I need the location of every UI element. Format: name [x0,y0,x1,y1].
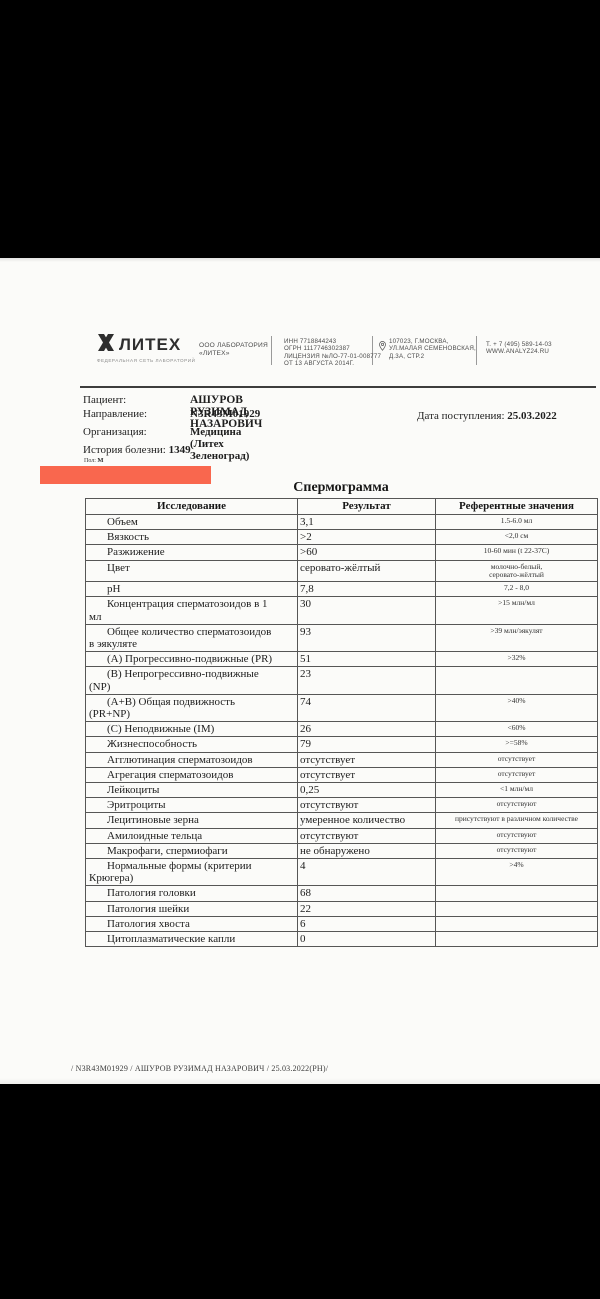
reference-cell: >40% [436,694,598,721]
result-cell: 22 [298,901,436,916]
result-cell: 51 [298,652,436,667]
result-cell: 0,25 [298,783,436,798]
spermogram-results-table: Исследование Результат Референтные значе… [85,498,598,947]
table-row: Цветсеровато-жёлтыймолочно-белый, серова… [86,560,598,582]
reference-cell: >4% [436,859,598,886]
document-footer-line: / N3R43M01929 / АШУРОВ РУЗИМАД НАЗАРОВИЧ… [71,1064,328,1073]
table-row: Макрофаги, спермиофагине обнаруженоотсут… [86,843,598,858]
table-row: Концентрация сперматозоидов в 1 мл30>15 … [86,597,598,624]
report-title: Спермограмма [85,480,597,496]
result-cell: умеренное количество [298,813,436,828]
reference-cell: отсутствует [436,752,598,767]
test-name-cell: (В) Непрогрессивно-подвижные (NP) [86,667,298,694]
organization-label: Организация: [83,426,147,438]
lab-registration-info: ИНН 7718844243 ОГРН 1117746302387 ЛИЦЕНЗ… [284,338,381,368]
letterhead-separator-line [80,386,596,388]
table-row: Нормальные формы (критерии Крюгера)4>4% [86,859,598,886]
reference-cell: >=58% [436,737,598,752]
organization-value: Медицина (Литех Зеленоград) [190,426,249,462]
location-pin-icon [379,338,386,356]
referral-label: Направление: [83,408,147,420]
test-name-cell: Цитоплазматические капли [86,932,298,947]
result-cell: не обнаружено [298,843,436,858]
table-row: Цитоплазматические капли0 [86,932,598,947]
referral-number-value: N3R43M01929 [190,408,260,420]
test-name-cell: Патология хвоста [86,916,298,931]
reference-cell: молочно-белый, серовато-жёлтый [436,560,598,582]
table-row: Общее количество сперматозоидов в эякуля… [86,624,598,651]
table-row: Агглютинация сперматозоидовотсутствуетот… [86,752,598,767]
result-cell: 23 [298,667,436,694]
table-row: Разжижение>6010-60 мин (t 22-37C) [86,545,598,560]
patient-label: Пациент: [83,394,126,406]
table-row: Лецитиновые зернаумеренное количествопри… [86,813,598,828]
reference-cell: 10-60 мин (t 22-37C) [436,545,598,560]
test-name-cell: Макрофаги, спермиофаги [86,843,298,858]
result-cell: 3,1 [298,515,436,530]
table-row: Патология хвоста6 [86,916,598,931]
test-name-cell: (С) Неподвижные (IM) [86,722,298,737]
reference-cell: присутствуют в различном количестве [436,813,598,828]
result-cell: отсутствуют [298,828,436,843]
test-name-cell: Агглютинация сперматозоидов [86,752,298,767]
reference-cell: >39 млн/эякулят [436,624,598,651]
lab-name: ЛИТЕХ [119,335,181,355]
result-cell: 26 [298,722,436,737]
litech-logo-mark-icon [97,334,115,356]
reference-cell: отсутствуют [436,798,598,813]
reference-cell: <2,0 см [436,530,598,545]
lab-tagline: ФЕДЕРАЛЬНАЯ СЕТЬ ЛАБОРАТОРИЙ [97,358,195,363]
reference-cell [436,901,598,916]
test-name-cell: Патология головки [86,886,298,901]
result-cell: 30 [298,597,436,624]
table-row: Агрегация сперматозоидовотсутствуетотсут… [86,767,598,782]
result-cell: серовато-жёлтый [298,560,436,582]
test-name-cell: Жизнеспособность [86,737,298,752]
result-cell: 7,8 [298,582,436,597]
reference-cell [436,916,598,931]
reference-cell: 7,2 - 8,0 [436,582,598,597]
reference-cell: отсутствует [436,767,598,782]
image-viewer-backdrop: ЛИТЕХ ФЕДЕРАЛЬНАЯ СЕТЬ ЛАБОРАТОРИЙ ООО Л… [0,0,600,1299]
table-row: (А+В) Общая подвижность (PR+NP)74>40% [86,694,598,721]
result-cell: 93 [298,624,436,651]
reference-cell: <1 млн/мл [436,783,598,798]
test-name-cell: Разжижение [86,545,298,560]
column-header-reference: Референтные значения [436,499,598,515]
scanned-report-page: ЛИТЕХ ФЕДЕРАЛЬНАЯ СЕТЬ ЛАБОРАТОРИЙ ООО Л… [0,258,600,1084]
test-name-cell: Общее количество сперматозоидов в эякуля… [86,624,298,651]
lab-company-name: ООО ЛАБОРАТОРИЯ «ЛИТЕХ» [199,342,268,358]
result-cell: 79 [298,737,436,752]
reference-cell [436,886,598,901]
lab-contacts: Т. + 7 (495) 589-14-03 WWW.ANALYZ24.RU [486,341,552,356]
result-cell: 6 [298,916,436,931]
case-history-value: 1349 [169,444,191,456]
result-cell: >2 [298,530,436,545]
table-row: Патология головки68 [86,886,598,901]
table-header-row: Исследование Результат Референтные значе… [86,499,598,515]
test-name-cell: Эритроциты [86,798,298,813]
case-history-label: История болезни: [83,444,169,456]
reference-cell [436,932,598,947]
table-row: Лейкоциты0,25<1 млн/мл [86,783,598,798]
reference-cell: 1.5-6.0 мл [436,515,598,530]
sex-field: Пол: М [84,457,104,464]
test-name-cell: Лейкоциты [86,783,298,798]
table-row: Патология шейки22 [86,901,598,916]
column-header-result: Результат [298,499,436,515]
result-cell: 68 [298,886,436,901]
test-name-cell: Амилоидные тельца [86,828,298,843]
result-cell: 0 [298,932,436,947]
table-row: (В) Непрогрессивно-подвижные (NP)23 [86,667,598,694]
test-name-cell: pH [86,582,298,597]
lab-logo: ЛИТЕХ ФЕДЕРАЛЬНАЯ СЕТЬ ЛАБОРАТОРИЙ [97,334,195,363]
result-cell: отсутствуют [298,798,436,813]
admission-date: Дата поступления: 25.03.2022 [417,410,557,422]
sex-value: М [97,457,103,464]
table-row: Объем3,11.5-6.0 мл [86,515,598,530]
sex-label: Пол: [84,458,97,464]
table-row: (С) Неподвижные (IM)26<60% [86,722,598,737]
test-name-cell: Агрегация сперматозоидов [86,767,298,782]
table-row: Вязкость>2<2,0 см [86,530,598,545]
report-table-body: Объем3,11.5-6.0 млВязкость>2<2,0 смРазжи… [86,515,598,947]
test-name-cell: Объем [86,515,298,530]
case-history: История болезни: 1349 [83,444,191,456]
test-name-cell: Лецитиновые зерна [86,813,298,828]
test-name-cell: Цвет [86,560,298,582]
result-cell: >60 [298,545,436,560]
reference-cell: >32% [436,652,598,667]
admission-date-value: 25.03.2022 [507,410,557,422]
result-cell: 4 [298,859,436,886]
reference-cell: >15 млн/мл [436,597,598,624]
reference-cell: отсутствуют [436,828,598,843]
test-name-cell: (А) Прогрессивно-подвижные (PR) [86,652,298,667]
result-cell: отсутствует [298,767,436,782]
reference-cell: <60% [436,722,598,737]
header-divider [271,336,272,365]
result-cell: отсутствует [298,752,436,767]
table-row: Жизнеспособность79>=58% [86,737,598,752]
table-row: Амилоидные тельцаотсутствуютотсутствуют [86,828,598,843]
column-header-test: Исследование [86,499,298,515]
test-name-cell: (А+В) Общая подвижность (PR+NP) [86,694,298,721]
table-row: Эритроцитыотсутствуютотсутствуют [86,798,598,813]
header-divider [476,336,477,365]
admission-date-label: Дата поступления: [417,410,507,422]
table-row: pH7,87,2 - 8,0 [86,582,598,597]
reference-cell [436,667,598,694]
result-cell: 74 [298,694,436,721]
test-name-cell: Патология шейки [86,901,298,916]
table-row: (А) Прогрессивно-подвижные (PR)51>32% [86,652,598,667]
test-name-cell: Концентрация сперматозоидов в 1 мл [86,597,298,624]
test-name-cell: Вязкость [86,530,298,545]
reference-cell: отсутствуют [436,843,598,858]
lab-address: 107023, Г.МОСКВА, УЛ.МАЛАЯ СЕМЕНОВСКАЯ, … [389,338,476,360]
test-name-cell: Нормальные формы (критерии Крюгера) [86,859,298,886]
